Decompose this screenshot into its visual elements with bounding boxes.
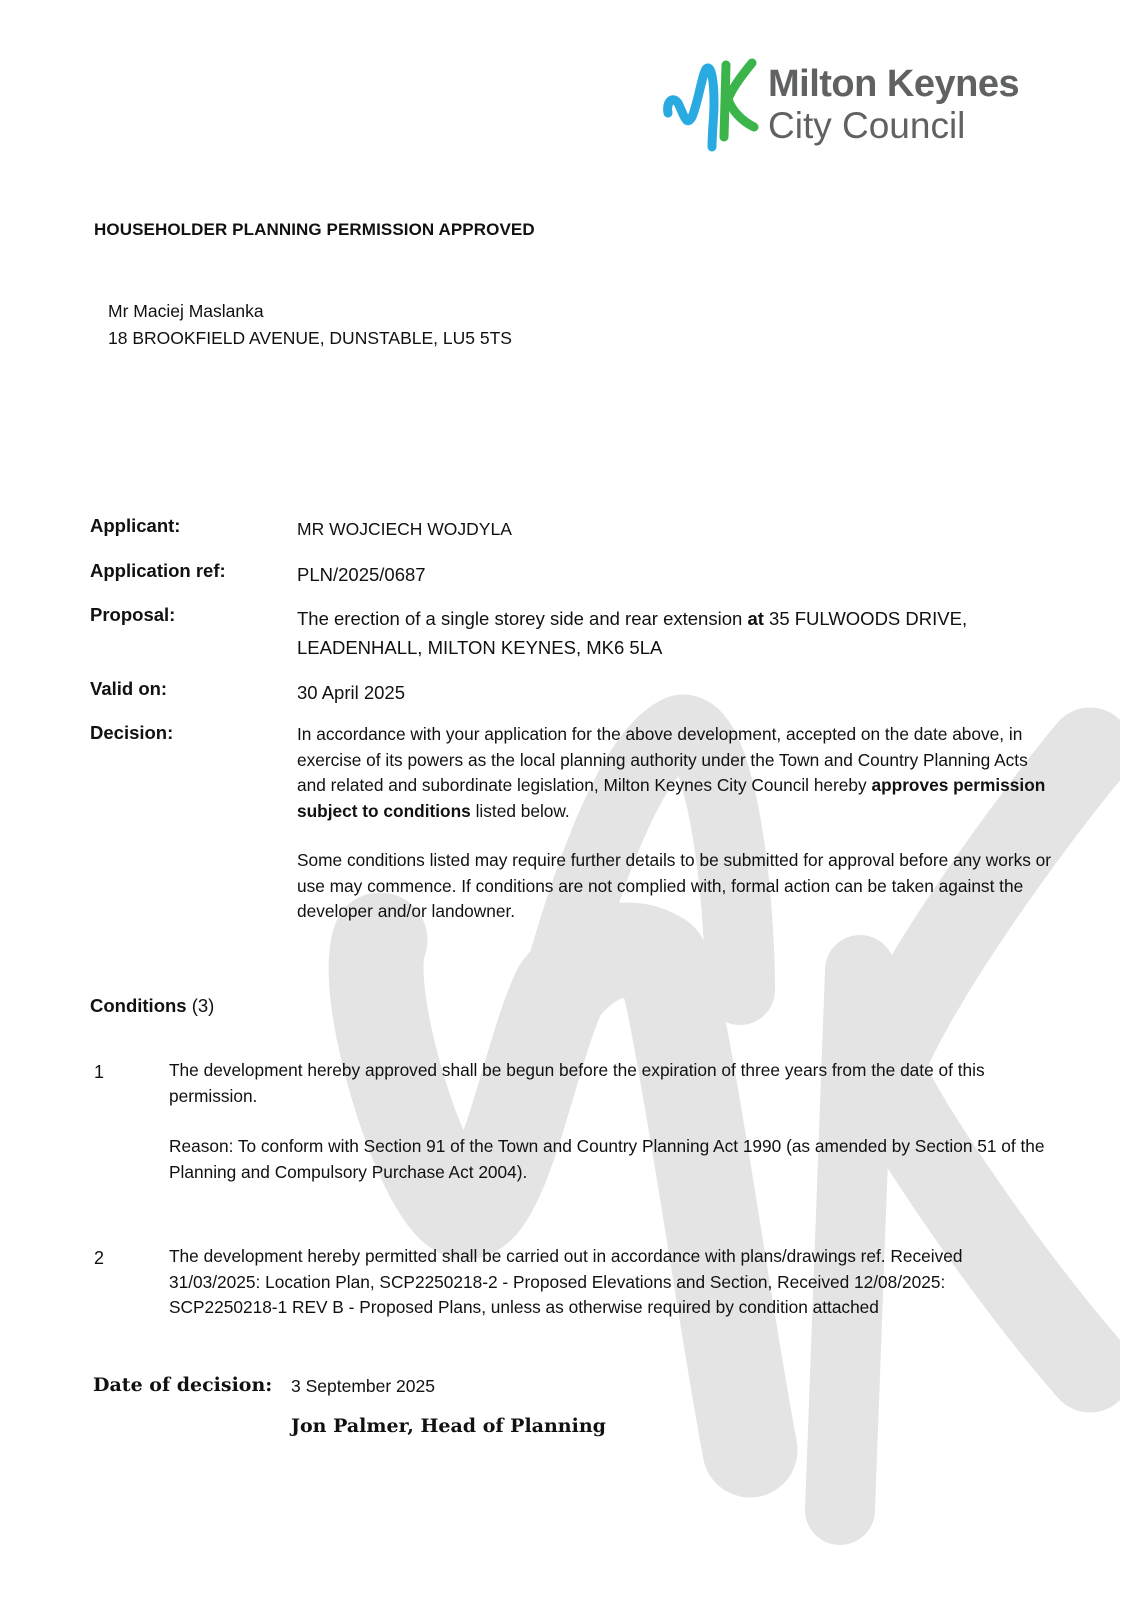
applicant-label: Applicant: [90,515,180,537]
condition-number: 1 [94,1060,104,1086]
proposal-value: The erection of a single storey side and… [297,604,1047,662]
decision-text: In accordance with your application for … [297,722,1057,949]
condition-text: The development hereby approved shall be… [169,1058,1049,1109]
condition-reason: Reason: To conform with Section 91 of th… [169,1134,1049,1185]
valid-on-value: 30 April 2025 [297,678,1047,707]
decision-paragraph-2: Some conditions listed may require furth… [297,848,1057,925]
conditions-heading: Conditions (3) [90,995,214,1017]
recipient-name: Mr Maciej Maslanka [108,298,512,325]
logo-title: Milton Keynes [768,63,1019,106]
condition-number: 2 [94,1246,104,1272]
logo-subtitle: City Council [768,105,965,147]
proposal-label: Proposal: [90,604,175,626]
recipient-address: 18 BROOKFIELD AVENUE, DUNSTABLE, LU5 5TS [108,325,512,352]
decision-label: Decision: [90,722,173,744]
recipient-block: Mr Maciej Maslanka 18 BROOKFIELD AVENUE,… [108,298,512,352]
decision-date-label: Date of decision: [93,1374,272,1396]
council-logo: Milton Keynes City Council [662,55,1042,155]
condition-text: The development hereby permitted shall b… [169,1244,1049,1321]
mk-logo-mark-icon [662,55,762,155]
application-ref-label: Application ref: [90,560,226,582]
valid-on-label: Valid on: [90,678,167,700]
decision-date-value: 3 September 2025 [291,1376,435,1397]
decision-paragraph-1: In accordance with your application for … [297,722,1057,824]
signatory: Jon Palmer, Head of Planning [291,1415,606,1437]
application-ref-value: PLN/2025/0687 [297,560,1047,589]
applicant-value: MR WOJCIECH WOJDYLA [297,515,1047,544]
document-title: HOUSEHOLDER PLANNING PERMISSION APPROVED [94,220,535,240]
